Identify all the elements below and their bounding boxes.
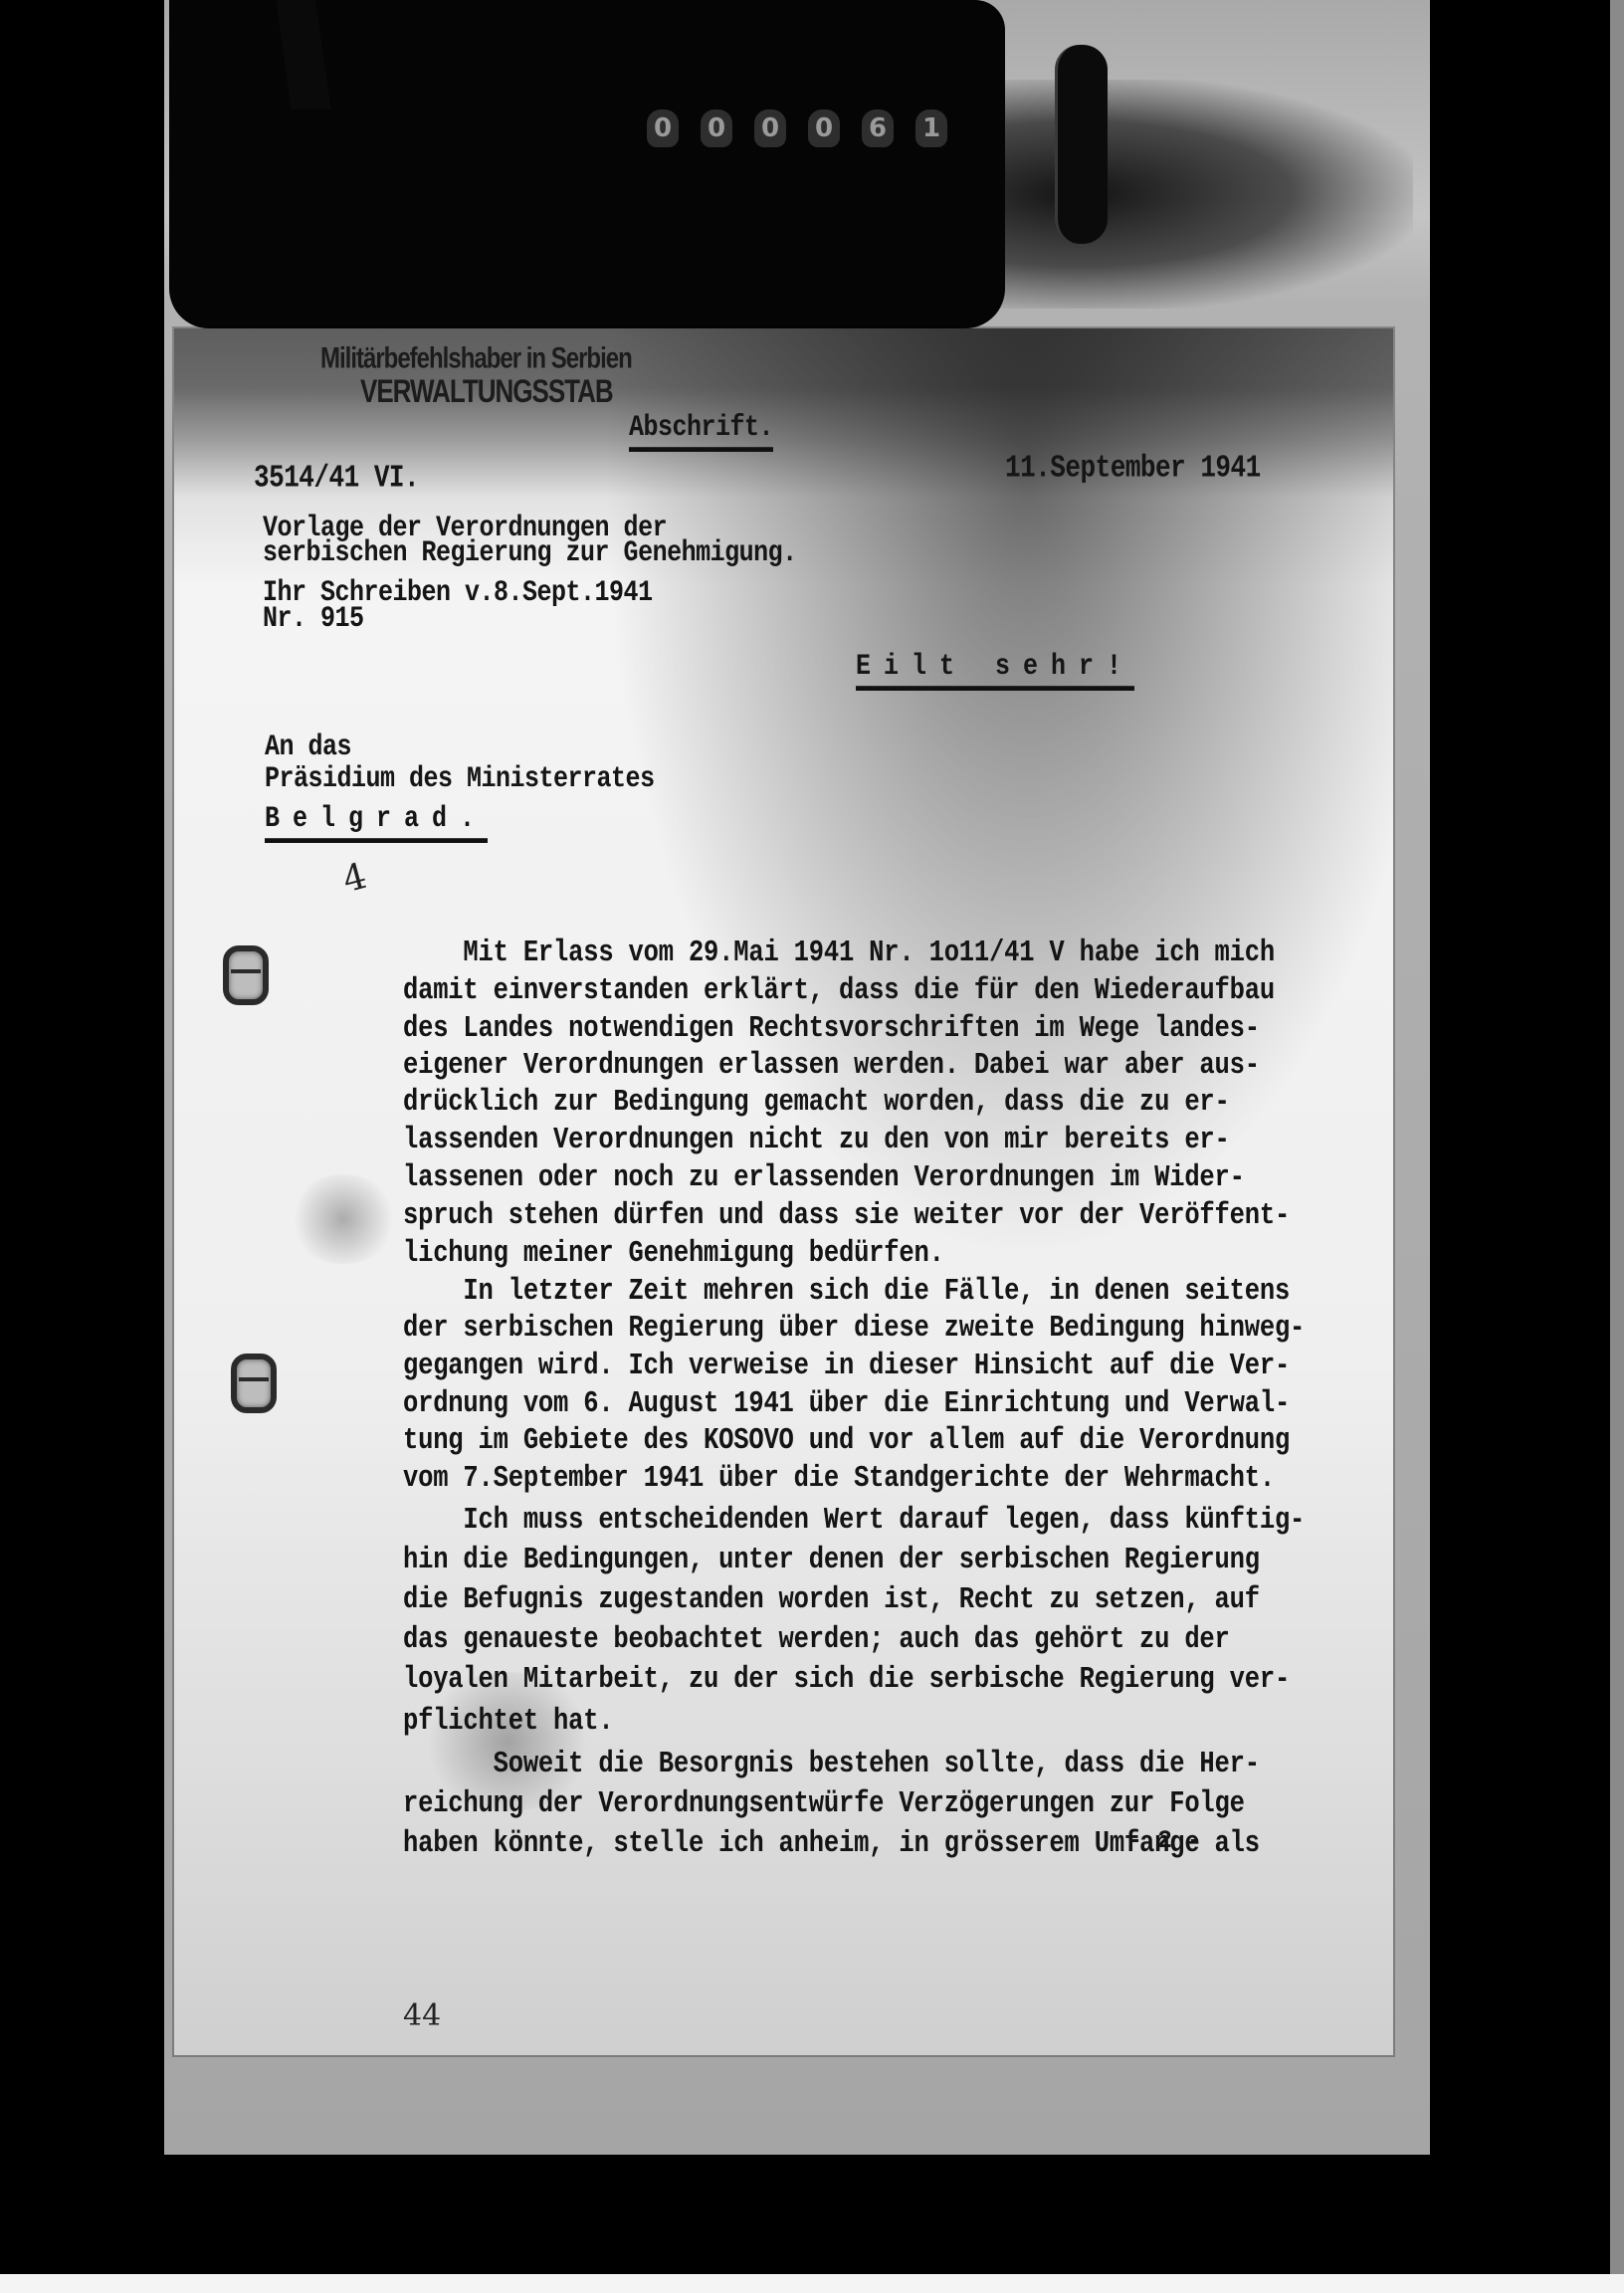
punch-hole	[223, 945, 269, 1005]
body-line: gegangen wird. Ich verweise in dieser Hi…	[403, 1349, 1290, 1383]
address-city: Belgrad.	[265, 801, 488, 843]
stain	[289, 1174, 398, 1264]
film-bottom-border	[0, 2274, 1624, 2293]
counter-knob-icon	[1055, 45, 1108, 244]
page-continuation: - 2 -	[1127, 1826, 1202, 1855]
punch-hole	[231, 1354, 277, 1413]
body-line: die Befugnis zugestanden worden ist, Rec…	[403, 1582, 1260, 1617]
counter-digit: 0	[808, 109, 840, 147]
document-date: 11.September 1941	[1005, 450, 1261, 486]
body-line: tung im Gebiete des KOSOVO und vor allem…	[403, 1423, 1290, 1458]
body-line: eigener Verordnungen erlassen werden. Da…	[403, 1048, 1260, 1083]
body-line: hin die Bedingungen, unter denen der ser…	[403, 1543, 1260, 1577]
body-line: reichung der Verordnungsentwürfe Verzöge…	[403, 1786, 1245, 1821]
counter-digit: 0	[754, 109, 786, 147]
subject-line-2: serbischen Regierung zur Genehmigung.	[263, 535, 797, 570]
counter-digit: 0	[647, 109, 679, 147]
body-line: das genaueste beobachtet werden; auch da…	[403, 1622, 1230, 1657]
body-line: Mit Erlass vom 29.Mai 1941 Nr. 1o11/41 V…	[403, 936, 1275, 970]
body-line: lassenden Verordnungen nicht zu den von …	[403, 1123, 1230, 1157]
body-line: des Landes notwendigen Rechtsvorschrifte…	[403, 1011, 1260, 1046]
body-line: der serbischen Regierung über diese zwei…	[403, 1311, 1305, 1346]
body-line: loyalen Mitarbeit, zu der sich die serbi…	[403, 1662, 1290, 1697]
body-line: damit einverstanden erklärt, dass die fü…	[403, 973, 1275, 1008]
body-line: ordnung vom 6. August 1941 über die Einr…	[403, 1386, 1290, 1421]
handwritten-mark: 44	[403, 1998, 441, 2033]
counter-digit: 6	[862, 109, 894, 147]
stamp-line-1: Militärbefehlshaber in Serbien	[320, 341, 632, 376]
body-line: In letzter Zeit mehren sich die Fälle, i…	[403, 1274, 1290, 1309]
body-line: drücklich zur Bedingung gemacht worden, …	[403, 1085, 1230, 1120]
film-edge	[1610, 0, 1624, 2274]
address-line-1: An das	[265, 730, 351, 764]
frame-counter-digits: 0 0 0 0 6 1	[647, 109, 947, 147]
body-line: lichung meiner Genehmigung bedürfen.	[403, 1236, 944, 1271]
counter-digit: 1	[915, 109, 947, 147]
reference-number: 3514/41 VI.	[254, 460, 419, 496]
stamp-line-2: VERWALTUNGSSTAB	[360, 372, 613, 411]
body-line: Soweit die Besorgnis bestehen sollte, da…	[403, 1747, 1260, 1781]
address-recipient: Präsidium des Ministerrates	[265, 761, 655, 796]
letter-number: Nr. 915	[263, 601, 364, 636]
body-line: spruch stehen dürfen und dass sie weiter…	[403, 1198, 1290, 1233]
document-title: Abschrift.	[629, 410, 773, 452]
body-line: lassenen oder noch zu erlassenden Verord…	[403, 1160, 1245, 1195]
counter-digit: 0	[701, 109, 732, 147]
body-line: vom 7.September 1941 über die Standgeric…	[403, 1461, 1275, 1496]
body-line: Ich muss entscheidenden Wert darauf lege…	[403, 1503, 1305, 1538]
urgency-note: Eilt sehr!	[856, 649, 1134, 691]
body-line: pflichtet hat.	[403, 1704, 613, 1739]
